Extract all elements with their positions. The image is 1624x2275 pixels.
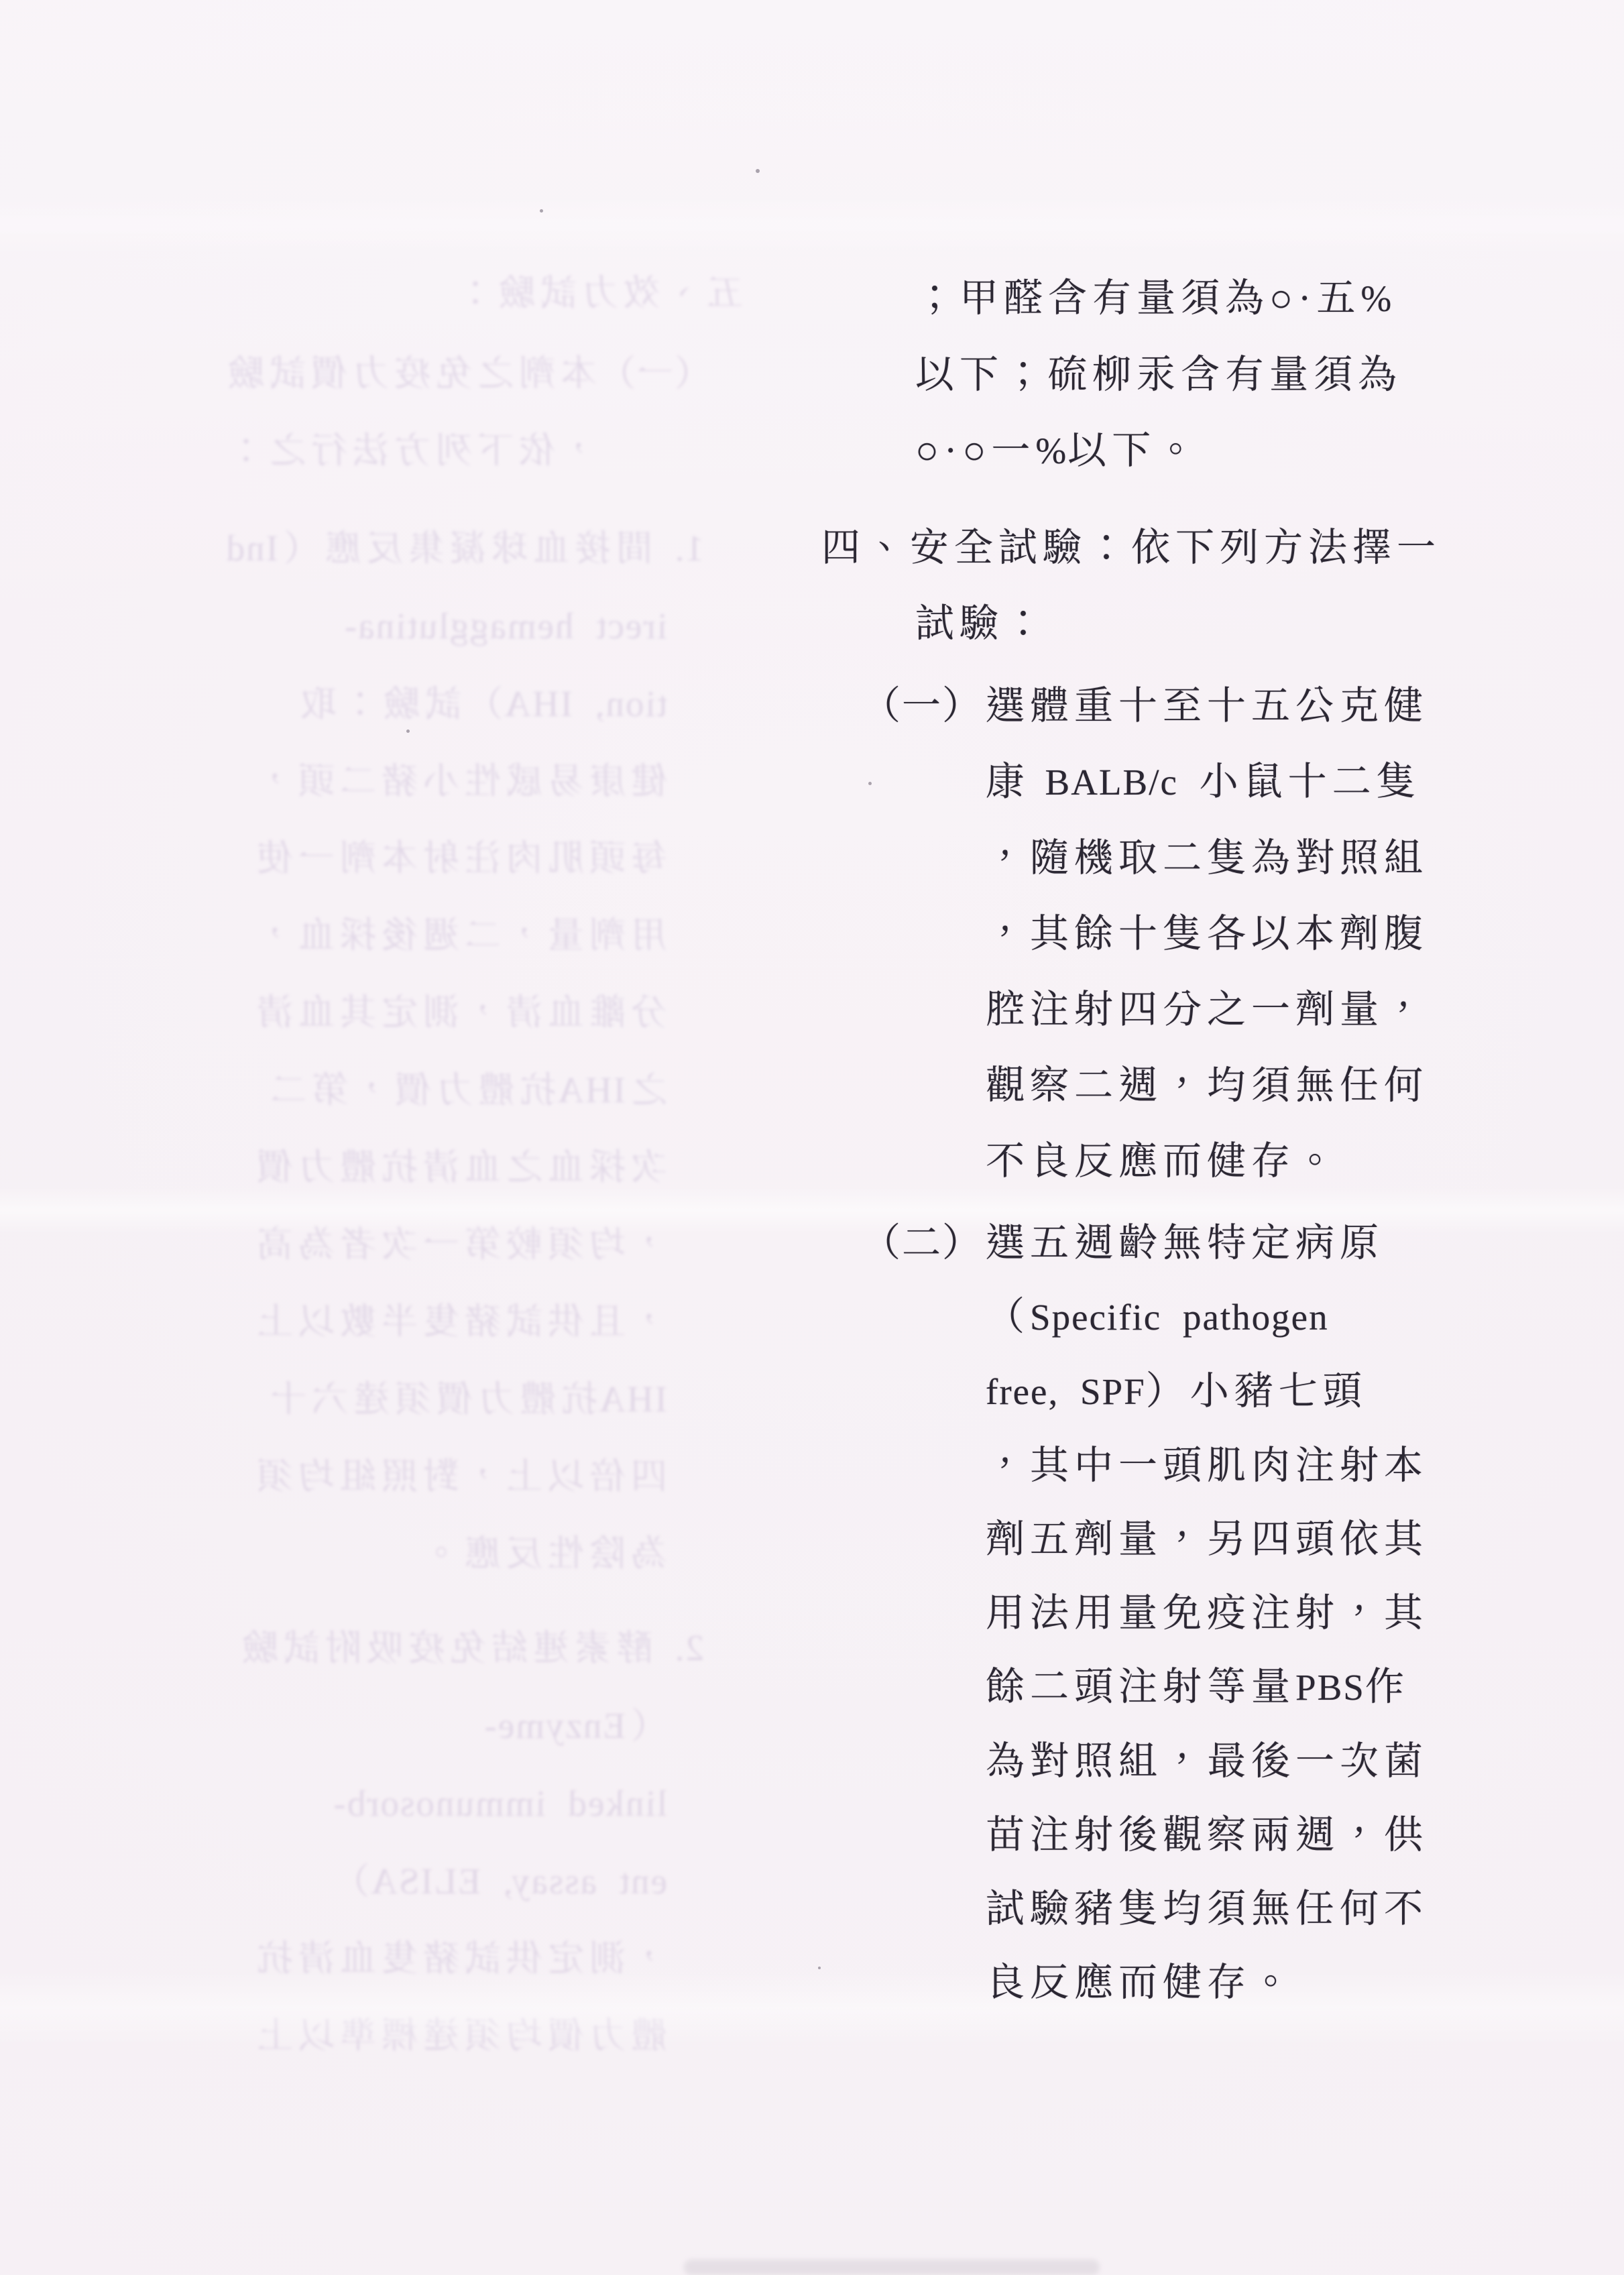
text-line: （Specific pathogen [862,1280,1428,1354]
text-line: 以下；硫柳汞含有量須為 [915,337,1402,412]
text-line: 餘二頭注射等量PBS作 [862,1650,1428,1725]
text-line: ○·○一%以下。 [915,412,1402,489]
text-line: ，隨機取二隻為對照組 [862,820,1428,896]
latin-text: BALB/c [1045,762,1200,803]
text-line: 為對照組，最後一次菌 [862,1725,1428,1798]
latin-text: % [1035,430,1067,471]
latin-text: PBS [1295,1667,1365,1708]
ink-speck [818,1967,821,1969]
text-line: 試驗豬隻均須無任何不 [862,1872,1428,1946]
list-item-label: （一） [862,668,986,744]
item-1: （一）選體重十至十五公克健康 BALB/c 小鼠十二隻，隨機取二隻為對照組，其餘… [862,668,1428,1199]
latin-text: Specific pathogen [1030,1297,1329,1338]
heading-safety-test: 四、安全試驗：依下列方法擇一試驗： [821,510,1441,661]
text-line: ；甲醛含有量須為○·五% [915,260,1402,337]
text-line: 劑五劑量，另四頭依其 [862,1503,1428,1576]
latin-text: free, SPF [986,1371,1146,1412]
document-text-layer: ；甲醛含有量須為○·五%以下；硫柳汞含有量須為○·○一%以下。四、安全試驗：依下… [0,0,1624,2275]
ink-speck [540,209,543,213]
text-line: 試驗： [821,585,1441,661]
ink-speck [406,730,410,733]
text-line: 腔注射四分之一劑量， [862,972,1428,1047]
text-line: free, SPF）小豬七頭 [862,1354,1428,1429]
text-line: 用法用量免疫注射，其 [862,1576,1428,1650]
text-line: 不良反應而健存。 [862,1123,1428,1199]
latin-text: % [1360,278,1393,319]
ink-speck [868,782,872,785]
text-line: 康 BALB/c 小鼠十二隻 [862,744,1428,820]
text-line: 觀察二週，均須無任何 [862,1047,1428,1123]
text-line: 四、安全試驗：依下列方法擇一 [821,510,1441,585]
scanned-document-page: 五、效力試驗：（一）本劑之免疫力價試驗，依下列方法行之：1. 間接血球凝集反應（… [0,0,1624,2275]
text-line: （二）選五週齡無特定病原 [862,1206,1428,1280]
item-2: （二）選五週齡無特定病原（Specific pathogenfree, SPF）… [862,1206,1428,2020]
text-line: ，其餘十隻各以本劑腹 [862,896,1428,972]
list-item-label: （二） [862,1206,986,1280]
text-line: ，其中一頭肌肉注射本 [862,1429,1428,1503]
text-line: 苗注射後觀察兩週，供 [862,1798,1428,1872]
text-line: （一）選體重十至十五公克健 [862,668,1428,744]
para-formalin-limit: ；甲醛含有量須為○·五%以下；硫柳汞含有量須為○·○一%以下。 [915,260,1402,489]
ink-speck [756,169,760,173]
text-line: 良反應而健存。 [862,1946,1428,2020]
